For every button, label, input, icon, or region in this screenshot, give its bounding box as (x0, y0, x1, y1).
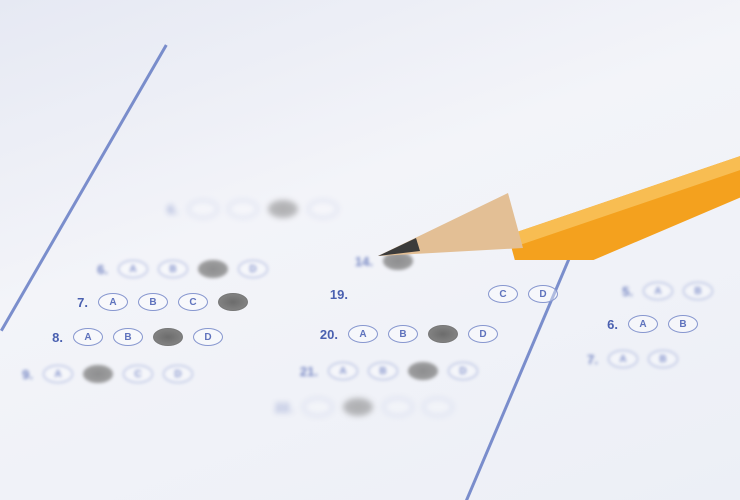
bubble-c[interactable]: C (178, 293, 208, 311)
question-row: 19. C D (320, 285, 558, 303)
bubble-c[interactable]: C (488, 285, 518, 303)
bubble-c[interactable] (153, 328, 183, 346)
bubble-d[interactable]: D (468, 325, 498, 343)
question-row: 7. A B (570, 350, 678, 368)
question-row: 22. (265, 398, 453, 416)
question-row: 8. A B D (35, 328, 223, 346)
blurred-row: 6. ABD (80, 260, 268, 278)
bubble-b[interactable]: B (388, 325, 418, 343)
bubble-d[interactable] (218, 293, 248, 311)
bubble-d[interactable]: D (448, 362, 478, 380)
bubble-b[interactable] (83, 365, 113, 383)
column-divider-right (465, 242, 577, 500)
bubble-d[interactable]: D (528, 285, 558, 303)
question-row: 6. A B (590, 315, 698, 333)
bubble-a[interactable]: A (328, 362, 358, 380)
bubble-b[interactable]: B (368, 362, 398, 380)
bubble-a[interactable]: A (348, 325, 378, 343)
bubble-a[interactable]: A (43, 365, 73, 383)
bubble-d[interactable]: D (193, 328, 223, 346)
pencil-icon (378, 150, 740, 260)
question-row: 7. A B C (60, 293, 248, 311)
question-row: 21. A B D (290, 362, 478, 380)
bubble-c[interactable] (408, 362, 438, 380)
bubble-c[interactable]: C (123, 365, 153, 383)
question-row: 9. A C D (5, 365, 193, 383)
question-row: 5. A B (605, 282, 713, 300)
blurred-row: 6. (150, 200, 338, 218)
bubble-a[interactable]: A (98, 293, 128, 311)
bubble-d[interactable]: D (163, 365, 193, 383)
answer-sheet-photo: 6. 6. ABD 14. 7. A B C 8. A B D 9. A (0, 0, 740, 500)
bubble-a[interactable]: A (73, 328, 103, 346)
column-divider-left (0, 44, 168, 331)
question-number: 6. (150, 202, 178, 217)
question-row: 20. A B D (310, 325, 498, 343)
bubble-b[interactable]: B (113, 328, 143, 346)
bubble-c[interactable] (428, 325, 458, 343)
bubble-b[interactable]: B (138, 293, 168, 311)
